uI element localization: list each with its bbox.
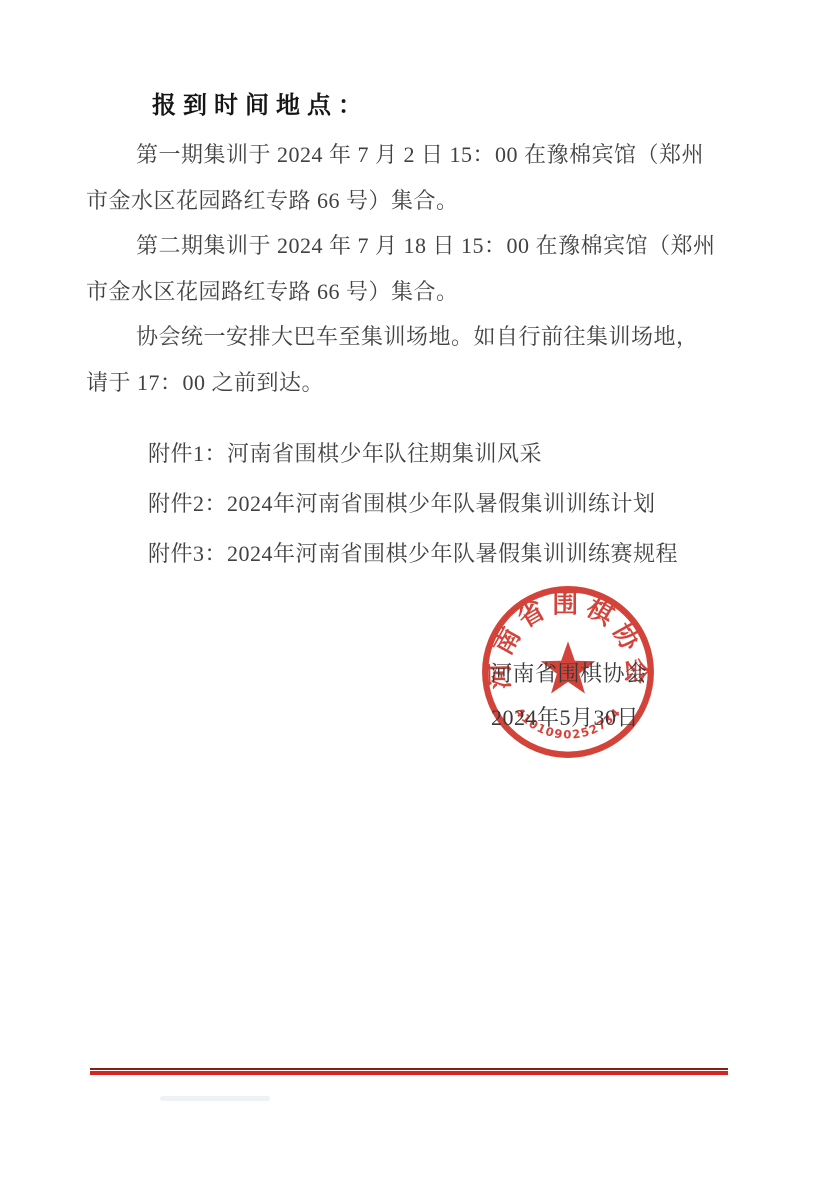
footer-rule xyxy=(90,1068,728,1075)
paragraph-1-line-1: 第一期集训于 2024 年 7 月 2 日 15：00 在豫棉宾馆（郑州 xyxy=(86,132,752,178)
scan-artifact xyxy=(160,1096,270,1101)
document-page: 报到时间地点： 第一期集训于 2024 年 7 月 2 日 15：00 在豫棉宾… xyxy=(0,0,826,1195)
attachment-list: 附件1：河南省围棋少年队往期集训风采 附件2：2024年河南省围棋少年队暑假集训… xyxy=(86,429,752,579)
attachment-3: 附件3：2024年河南省围棋少年队暑假集训训练赛规程 xyxy=(86,529,752,579)
paragraph-3-line-2: 请于 17：00 之前到达。 xyxy=(86,360,752,406)
paragraph-2-line-2: 市金水区花园路红专路 66 号）集合。 xyxy=(86,269,752,315)
paragraph-1-line-2: 市金水区花园路红专路 66 号）集合。 xyxy=(86,178,752,224)
document-body: 报到时间地点： 第一期集训于 2024 年 7 月 2 日 15：00 在豫棉宾… xyxy=(86,90,752,579)
footer-rule-thick-line xyxy=(90,1071,728,1075)
signature-organization: 河南省围棋协会 xyxy=(490,663,648,685)
attachment-2: 附件2：2024年河南省围棋少年队暑假集训训练计划 xyxy=(86,479,752,529)
section-heading: 报到时间地点： xyxy=(86,90,752,122)
footer-rule-thin-line xyxy=(90,1068,728,1070)
paragraph-3-line-1: 协会统一安排大巴车至集训场地。如自行前往集训场地， xyxy=(86,314,752,360)
attachment-1: 附件1：河南省围棋少年队往期集训风采 xyxy=(86,429,752,479)
paragraph-2-line-1: 第二期集训于 2024 年 7 月 18 日 15：00 在豫棉宾馆（郑州 xyxy=(86,223,752,269)
signature-date: 2024年5月30日 xyxy=(491,707,639,729)
body-paragraphs: 第一期集训于 2024 年 7 月 2 日 15：00 在豫棉宾馆（郑州 市金水… xyxy=(86,132,752,405)
